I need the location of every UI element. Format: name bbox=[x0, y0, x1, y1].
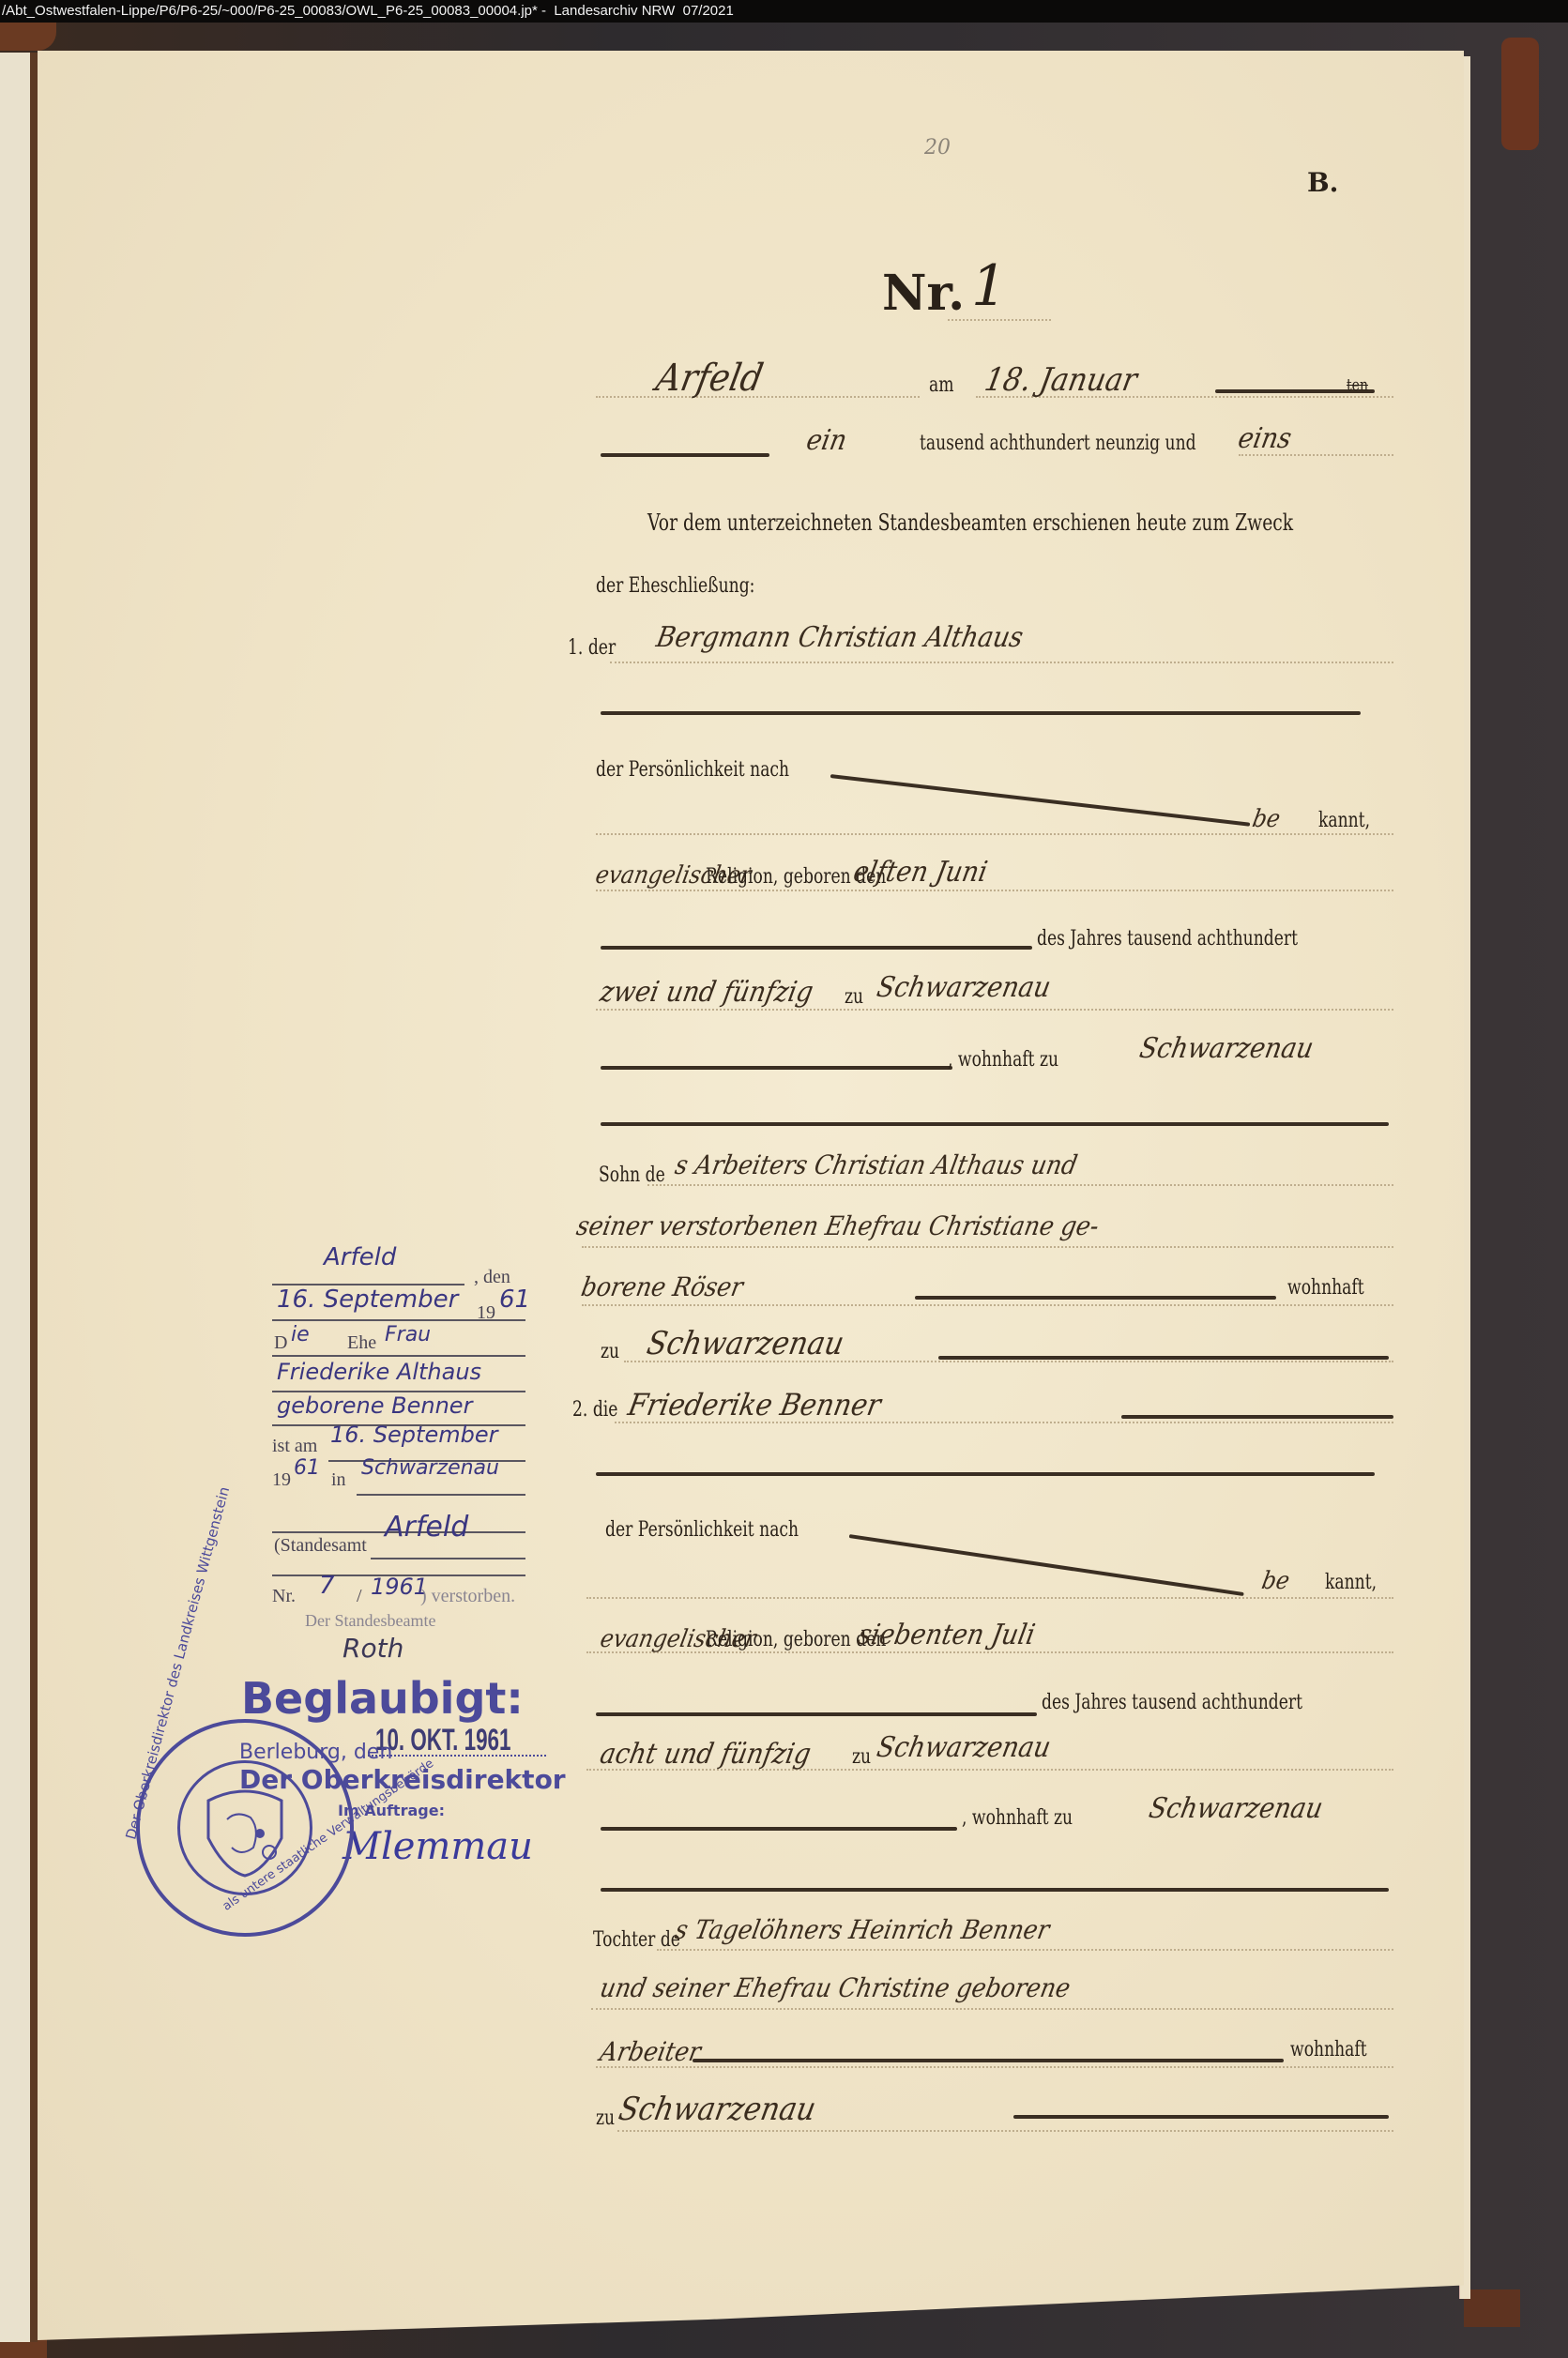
note-line bbox=[272, 1355, 525, 1357]
bride-parents-line1: s Tagelöhners Heinrich Benner bbox=[673, 1914, 1052, 1945]
dotted-line bbox=[582, 1304, 1393, 1306]
coat-of-arms-icon bbox=[180, 1763, 310, 1893]
pencil-page-number: 20 bbox=[924, 136, 951, 160]
strike-line bbox=[1121, 1415, 1393, 1419]
bride-birth-place-handwritten: Schwarzenau bbox=[875, 1731, 1054, 1764]
year-suffix-handwritten: eins bbox=[1236, 422, 1295, 455]
book-cover-corner bbox=[0, 23, 56, 51]
groom-parents-zu-label: zu bbox=[601, 1340, 619, 1363]
groom-known-label: kannt, bbox=[1318, 809, 1370, 832]
note-ehe-label: Ehe bbox=[347, 1332, 376, 1354]
groom-known-prefix: be bbox=[1250, 805, 1283, 833]
date-handwritten: 18. Januar bbox=[982, 361, 1140, 399]
groom-name-handwritten: Bergmann Christian Althaus bbox=[654, 621, 1026, 654]
note-death-date: 16. September bbox=[330, 1422, 497, 1448]
groom-parents-line2: seiner verstorbenen Ehefrau Christiane g… bbox=[574, 1210, 1102, 1241]
groom-personality-label: der Persönlichkeit nach bbox=[596, 758, 789, 782]
bride-birth-day-handwritten: siebenten Juli bbox=[856, 1619, 1038, 1651]
dotted-line bbox=[582, 1246, 1393, 1248]
note-beamte-signature: Roth bbox=[343, 1633, 403, 1664]
note-death-place: Schwarzenau bbox=[361, 1456, 499, 1480]
intro-line-2: der Eheschließung: bbox=[596, 574, 754, 598]
stamp-date-line bbox=[368, 1755, 546, 1757]
note-ist-am-label: ist am bbox=[272, 1436, 317, 1457]
strike-line bbox=[938, 1356, 1389, 1360]
intro-line-1: Vor dem unterzeichneten Standesbeamten e… bbox=[647, 510, 1293, 536]
note-death-year-prefix: 19 bbox=[272, 1469, 291, 1491]
stamp-signature: Mlemmau bbox=[343, 1825, 533, 1868]
strike-line bbox=[601, 1122, 1389, 1126]
note-nr-sep: / bbox=[357, 1586, 362, 1607]
window-title: /Abt_Ostwestfalen-Lippe/P6/P6-25/~000/P6… bbox=[2, 3, 734, 19]
dotted-line bbox=[596, 1009, 1393, 1011]
bride-personality-label: der Persönlichkeit nach bbox=[605, 1518, 799, 1542]
note-line bbox=[357, 1494, 525, 1496]
strike-line bbox=[601, 711, 1361, 715]
official-seal: Der Oberkreisdirektor des Landkreises Wi… bbox=[136, 1719, 354, 1937]
note-line bbox=[272, 1319, 525, 1321]
strike-line bbox=[601, 453, 769, 457]
bride-residence-handwritten: Schwarzenau bbox=[1147, 1792, 1326, 1825]
groom-residence-label: , wohnhaft zu bbox=[948, 1048, 1058, 1072]
dotted-line bbox=[657, 1949, 1393, 1951]
year-text: tausend achthundert neunzig und bbox=[920, 432, 1196, 455]
seal-coat-of-arms bbox=[177, 1760, 312, 1895]
note-name-line2: geborene Benner bbox=[277, 1392, 472, 1419]
bride-birth-year-label: des Jahres tausend achthundert bbox=[1042, 1691, 1302, 1714]
bride-birth-year-handwritten: acht und fünfzig bbox=[598, 1738, 814, 1771]
dotted-line bbox=[610, 662, 1393, 663]
strike-line bbox=[596, 1472, 1375, 1476]
am-label: am bbox=[929, 373, 954, 397]
window-title-bar: /Abt_Ostwestfalen-Lippe/P6/P6-25/~000/P6… bbox=[0, 0, 1568, 23]
dotted-line bbox=[591, 2008, 1393, 2010]
dotted-line bbox=[596, 890, 1393, 891]
strike-line bbox=[601, 946, 1032, 950]
groom-number-label: 1. der bbox=[568, 636, 616, 660]
book-cover-edge bbox=[1501, 38, 1539, 150]
note-name-line1: Friederike Althaus bbox=[277, 1359, 481, 1385]
note-verstorben-label: ) verstorben. bbox=[420, 1586, 515, 1607]
bride-zu-label: zu bbox=[852, 1745, 871, 1769]
strike-line bbox=[693, 2059, 1284, 2062]
place-handwritten: Arfeld bbox=[653, 357, 767, 400]
dotted-line bbox=[596, 2066, 1393, 2068]
note-nr-year: 1961 bbox=[371, 1574, 428, 1600]
groom-zu-label: zu bbox=[845, 985, 863, 1009]
book-cover-corner bbox=[1464, 2290, 1520, 2327]
dotted-line bbox=[948, 319, 1051, 321]
strike-line bbox=[1013, 2115, 1389, 2119]
groom-birth-day-handwritten: elften Juni bbox=[851, 856, 990, 889]
note-in-label: in bbox=[331, 1469, 346, 1491]
groom-residence-handwritten: Schwarzenau bbox=[1137, 1032, 1317, 1065]
ten-label: ten bbox=[1347, 375, 1368, 395]
groom-parents-residence-handwritten: Schwarzenau bbox=[644, 1325, 846, 1362]
note-year: 61 bbox=[499, 1285, 530, 1314]
bride-known-prefix: be bbox=[1259, 1567, 1292, 1595]
bride-parents-residence-handwritten: Schwarzenau bbox=[616, 2091, 818, 2128]
note-place: Arfeld bbox=[324, 1243, 396, 1271]
strike-line bbox=[915, 1296, 1276, 1300]
note-standesamt-label: (Standesamt bbox=[274, 1535, 367, 1557]
strike-line bbox=[601, 1827, 957, 1831]
groom-birth-year-label: des Jahres tausend achthundert bbox=[1037, 927, 1298, 951]
groom-birth-year-handwritten: zwei und fünfzig bbox=[598, 976, 816, 1009]
bride-parents-line2: und seiner Ehefrau Christine geborene bbox=[598, 1972, 1073, 2003]
dotted-line bbox=[647, 1184, 1393, 1186]
bride-known-label: kannt, bbox=[1325, 1571, 1377, 1594]
note-frau: Frau bbox=[385, 1323, 431, 1346]
note-nr-label: Nr. bbox=[272, 1586, 296, 1607]
book-gutter bbox=[30, 53, 38, 2342]
groom-parents-residence-label: wohnhaft bbox=[1287, 1276, 1364, 1300]
bride-parents-zu-label: zu bbox=[596, 2107, 615, 2130]
form-letter: B. bbox=[1307, 167, 1338, 198]
facing-page-edge bbox=[0, 53, 32, 2342]
note-beamte-label: Der Standesbeamte bbox=[305, 1611, 435, 1631]
strike-line bbox=[601, 1066, 952, 1070]
stamp-heading: Beglaubigt: bbox=[241, 1673, 524, 1724]
note-death-year: 61 bbox=[294, 1456, 320, 1480]
strike-line bbox=[601, 1888, 1389, 1892]
groom-parents-line1: s Arbeiters Christian Althaus und bbox=[673, 1149, 1080, 1180]
groom-parents-line3: borene Röser bbox=[579, 1271, 746, 1302]
note-die-prefix: D bbox=[274, 1332, 287, 1354]
dotted-line bbox=[617, 2130, 1393, 2132]
note-date: 16. September bbox=[277, 1285, 458, 1314]
record-number-label: Nr. bbox=[882, 265, 965, 322]
strike-line bbox=[596, 1712, 1037, 1716]
bride-parents-line3: Arbeiter bbox=[598, 2036, 704, 2067]
note-nr: 7 bbox=[319, 1572, 335, 1600]
note-die: ie bbox=[291, 1323, 310, 1346]
bride-number-label: 2. die bbox=[572, 1398, 617, 1422]
note-line bbox=[371, 1558, 525, 1559]
note-standesamt: Arfeld bbox=[385, 1511, 468, 1544]
bride-parents-residence-label: wohnhaft bbox=[1290, 2038, 1367, 2061]
record-number-value: 1 bbox=[971, 253, 1007, 319]
groom-birth-place-handwritten: Schwarzenau bbox=[875, 971, 1054, 1004]
bride-residence-label: , wohnhaft zu bbox=[962, 1806, 1073, 1830]
year-prefix-handwritten: ein bbox=[804, 424, 850, 457]
dotted-line bbox=[586, 1597, 1393, 1599]
bride-name-handwritten: Friederike Benner bbox=[625, 1387, 883, 1422]
dotted-line bbox=[596, 833, 1393, 835]
stamp-date: 10. OKT. 1961 bbox=[375, 1723, 510, 1757]
